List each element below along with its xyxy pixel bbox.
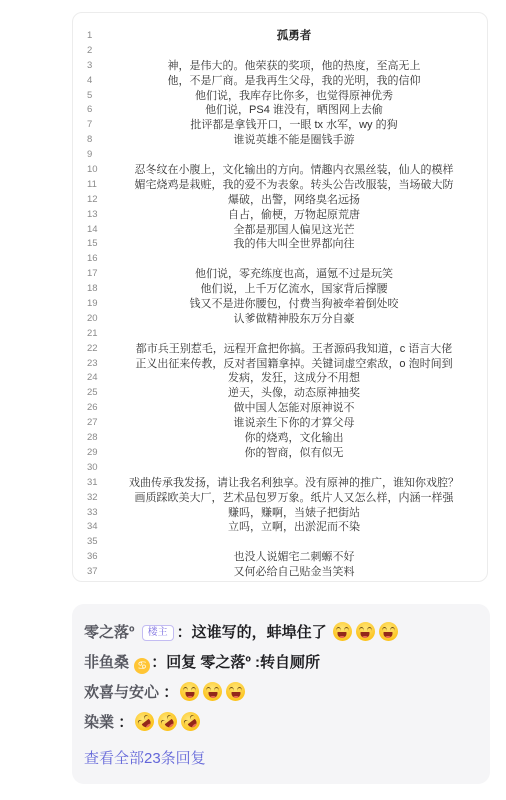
comment-body: ♋：回复 零之落º :转自厕所	[133, 654, 320, 671]
lyric-line: 12 爆破，出警，网络臭名远扬	[73, 193, 487, 208]
emoji-mouth	[187, 719, 198, 729]
line-text: 你的智商，似有似无	[111, 446, 487, 461]
line-text: 做中国人怎能对原神说不	[111, 401, 487, 416]
line-text: 爆破，出警，网络臭名远扬	[111, 193, 487, 208]
line-text: 他，不是厂商。是我再生父母，我的光明，我的信仰	[111, 74, 487, 89]
line-number: 37	[73, 565, 111, 580]
line-text: 画质踩欧美大厂，艺术品包罗万象。纸片人又怎么样，内涵一样强	[111, 491, 487, 506]
lyric-line: 16	[73, 252, 487, 267]
lyric-line: 32 画质踩欧美大厂，艺术品包罗万象。纸片人又怎么样，内涵一样强	[73, 491, 487, 506]
line-text	[111, 461, 487, 476]
lyric-line: 1 孤勇者	[73, 29, 487, 44]
lyric-line: 36 也没人说媚宅二刺螈不好	[73, 550, 487, 565]
lyric-line: 3 神，是伟大的。他荣获的奖项，他的热度，至高无上	[73, 59, 487, 74]
emoji-mouth	[141, 719, 152, 729]
laugh-emoji	[203, 682, 222, 701]
comment-text: ：这谁写的，蚌埠住了	[177, 624, 331, 641]
line-number: 31	[73, 476, 111, 491]
lyric-line: 31 戏曲传承我发扬，请让我名利独享。没有原神的推广，谁知你戏腔？	[73, 476, 487, 491]
comments-card: 零之落º 楼主：这谁写的，蚌埠住了 非鱼桑 ♋：回复 零之落º :转自厕所 欢喜…	[72, 604, 490, 784]
lyric-line: 8 谁说英雄不能是圈钱手游	[73, 133, 487, 148]
line-number: 1	[73, 29, 111, 44]
lyric-line: 14 全都是那国人偏见这光芒	[73, 223, 487, 238]
line-text: 自占，偷梗，万物起原荒唐	[111, 208, 487, 223]
line-text: 我的伟大叫全世界都向往	[111, 237, 487, 252]
line-number: 20	[73, 312, 111, 327]
line-text: 批评都是拿钱开口，一眼 tx 水军，wy 的狗	[111, 118, 487, 133]
comment-username[interactable]: 欢喜与安心	[84, 684, 159, 701]
line-text	[111, 148, 487, 163]
emoji-mouth	[208, 692, 217, 698]
rofl-emoji	[154, 708, 181, 735]
line-number: 9	[73, 148, 111, 163]
lyric-line: 15 我的伟大叫全世界都向往	[73, 237, 487, 252]
laugh-emoji	[333, 622, 352, 641]
line-text: 他们说，上千万亿流水，国家背后撑腰	[111, 282, 487, 297]
emoji-mouth	[164, 719, 175, 729]
line-number: 35	[73, 535, 111, 550]
line-number: 16	[73, 252, 111, 267]
cancer-zodiac-icon: ♋	[134, 658, 150, 674]
laugh-emoji	[356, 622, 375, 641]
line-number: 14	[73, 223, 111, 238]
comment-body: ：	[163, 684, 247, 701]
line-text: 全都是那国人偏见这光芒	[111, 223, 487, 238]
rofl-emoji	[131, 708, 158, 735]
comment-row: 零之落º 楼主：这谁写的，蚌埠住了	[84, 618, 474, 648]
line-text: 认爹做精神股东万分自豪	[111, 312, 487, 327]
emoji-mouth	[338, 632, 347, 638]
line-text: 又何必给自己贴金当笑料	[111, 565, 487, 580]
line-text: 立吗，立啊，出淤泥而不染	[111, 520, 487, 535]
lyric-line: 34 立吗，立啊，出淤泥而不染	[73, 520, 487, 535]
lyric-line: 6 他们说，PS4 谁没有，晒图网上去偷	[73, 103, 487, 118]
lyric-line: 2	[73, 44, 487, 59]
lyric-line: 33 赚吗，赚啊，当婊子把街站	[73, 506, 487, 521]
line-text: 他们说，零充练度也高，逼氪不过是玩笑	[111, 267, 487, 282]
lyric-line: 10 忍冬纹在小腹上，文化输出的方向。情趣内衣黑丝装，仙人的模样	[73, 163, 487, 178]
lyric-line: 27 谁说亲生下你的才算父母	[73, 416, 487, 431]
line-text: 逆天，头像，动态原神抽奖	[111, 386, 487, 401]
rofl-emoji	[177, 708, 204, 735]
line-text	[111, 327, 487, 342]
lyric-line: 7 批评都是拿钱开口，一眼 tx 水军，wy 的狗	[73, 118, 487, 133]
lyric-line: 5 他们说，我库存比你多，也觉得原神优秀	[73, 89, 487, 104]
emoji-mouth	[185, 692, 194, 698]
lyric-line: 21	[73, 327, 487, 342]
lyric-line: 30	[73, 461, 487, 476]
emoji-mouth	[231, 692, 240, 698]
line-number: 10	[73, 163, 111, 178]
line-text: 也没人说媚宅二刺螈不好	[111, 550, 487, 565]
comment-text: ：	[163, 684, 178, 701]
line-number: 19	[73, 297, 111, 312]
lyric-line: 9	[73, 148, 487, 163]
line-number: 6	[73, 103, 111, 118]
lyrics-lines: 1 孤勇者 2 3 神，是伟大的。他荣获的奖项，他的热度，至高无上 4 他，不是…	[73, 29, 487, 580]
laugh-emoji	[180, 682, 199, 701]
line-text: 他们说，我库存比你多，也觉得原神优秀	[111, 89, 487, 104]
line-text: 正义出征来传教，反对者国籍拿掉。关键词虚空索敌，o 泡时间到	[111, 357, 487, 372]
line-text	[111, 535, 487, 550]
lyric-line: 18 他们说，上千万亿流水，国家背后撑腰	[73, 282, 487, 297]
comment-row: 染業 ：	[84, 708, 474, 738]
line-text: 孤勇者	[111, 29, 487, 44]
line-number: 34	[73, 520, 111, 535]
comment-text: ：回复 零之落º :转自厕所	[151, 654, 320, 671]
comment-username[interactable]: 染業	[84, 714, 114, 731]
line-text: 你的烧鸡，文化输出	[111, 431, 487, 446]
line-number: 17	[73, 267, 111, 282]
comment-body: ：	[118, 714, 202, 731]
line-number: 5	[73, 89, 111, 104]
line-text: 戏曲传承我发扬，请让我名利独享。没有原神的推广，谁知你戏腔？	[111, 476, 487, 491]
line-number: 25	[73, 386, 111, 401]
lyric-line: 4 他，不是厂商。是我再生父母，我的光明，我的信仰	[73, 74, 487, 89]
comments-list: 零之落º 楼主：这谁写的，蚌埠住了 非鱼桑 ♋：回复 零之落º :转自厕所 欢喜…	[84, 618, 474, 738]
line-text: 发病，发狂，这成分不用想	[111, 371, 487, 386]
laugh-emoji	[226, 682, 245, 701]
lyric-line: 25 逆天，头像，动态原神抽奖	[73, 386, 487, 401]
line-text: 钱又不是进你腰包，付费当狗被牵着倒处咬	[111, 297, 487, 312]
line-number: 3	[73, 59, 111, 74]
emoji-mouth	[384, 632, 393, 638]
line-number: 26	[73, 401, 111, 416]
lyric-line: 22 都市兵王别惹毛，远程开盒把你搞。王者源码我知道，c 语言大佬	[73, 342, 487, 357]
line-number: 33	[73, 506, 111, 521]
line-text	[111, 252, 487, 267]
view-all-replies-link[interactable]: 查看全部23条回复	[84, 747, 474, 768]
line-number: 36	[73, 550, 111, 565]
line-number: 4	[73, 74, 111, 89]
comment-username[interactable]: 零之落º	[84, 624, 134, 641]
comment-body: 楼主：这谁写的，蚌埠住了	[139, 624, 400, 641]
line-number: 30	[73, 461, 111, 476]
comment-row: 非鱼桑 ♋：回复 零之落º :转自厕所	[84, 648, 474, 678]
line-number: 11	[73, 178, 111, 193]
line-number: 32	[73, 491, 111, 506]
line-number: 12	[73, 193, 111, 208]
lyric-line: 11 媚宅烧鸡是栽赃，我的爱不为表象。转头公告改服装，当场破大防	[73, 178, 487, 193]
lyric-line: 23 正义出征来传教，反对者国籍拿掉。关键词虚空索敌，o 泡时间到	[73, 357, 487, 372]
lyric-line: 24 发病，发狂，这成分不用想	[73, 371, 487, 386]
line-text: 忍冬纹在小腹上，文化输出的方向。情趣内衣黑丝装，仙人的模样	[111, 163, 487, 178]
comment-text: ：	[118, 714, 133, 731]
line-number: 13	[73, 208, 111, 223]
line-text: 神，是伟大的。他荣获的奖项，他的热度，至高无上	[111, 59, 487, 74]
lyric-line: 13 自占，偷梗，万物起原荒唐	[73, 208, 487, 223]
comment-username[interactable]: 非鱼桑	[84, 654, 129, 671]
laugh-emoji	[379, 622, 398, 641]
lyric-line: 20 认爹做精神股东万分自豪	[73, 312, 487, 327]
lyric-line: 28 你的烧鸡，文化输出	[73, 431, 487, 446]
lyrics-document-card: 1 孤勇者 2 3 神，是伟大的。他荣获的奖项，他的热度，至高无上 4 他，不是…	[72, 12, 488, 582]
lyric-line: 19 钱又不是进你腰包，付费当狗被牵着倒处咬	[73, 297, 487, 312]
lyric-line: 29 你的智商，似有似无	[73, 446, 487, 461]
line-number: 15	[73, 237, 111, 252]
line-number: 2	[73, 44, 111, 59]
line-number: 8	[73, 133, 111, 148]
line-number: 7	[73, 118, 111, 133]
comment-row: 欢喜与安心 ：	[84, 678, 474, 708]
line-number: 28	[73, 431, 111, 446]
line-text: 媚宅烧鸡是栽赃，我的爱不为表象。转头公告改服装，当场破大防	[111, 178, 487, 193]
lyric-line: 35	[73, 535, 487, 550]
lyric-line: 37 又何必给自己贴金当笑料	[73, 565, 487, 580]
line-text: 谁说亲生下你的才算父母	[111, 416, 487, 431]
emoji-mouth	[361, 632, 370, 638]
line-number: 23	[73, 357, 111, 372]
line-text: 他们说，PS4 谁没有，晒图网上去偷	[111, 103, 487, 118]
lyric-line: 17 他们说，零充练度也高，逼氪不过是玩笑	[73, 267, 487, 282]
line-text: 赚吗，赚啊，当婊子把街站	[111, 506, 487, 521]
line-number: 18	[73, 282, 111, 297]
line-number: 22	[73, 342, 111, 357]
line-text: 都市兵王别惹毛，远程开盒把你搞。王者源码我知道，c 语言大佬	[111, 342, 487, 357]
line-text: 谁说英雄不能是圈钱手游	[111, 133, 487, 148]
line-number: 24	[73, 371, 111, 386]
line-number: 27	[73, 416, 111, 431]
line-number: 21	[73, 327, 111, 342]
line-text	[111, 44, 487, 59]
line-number: 29	[73, 446, 111, 461]
lyric-line: 26 做中国人怎能对原神说不	[73, 401, 487, 416]
owner-badge: 楼主	[142, 625, 174, 641]
